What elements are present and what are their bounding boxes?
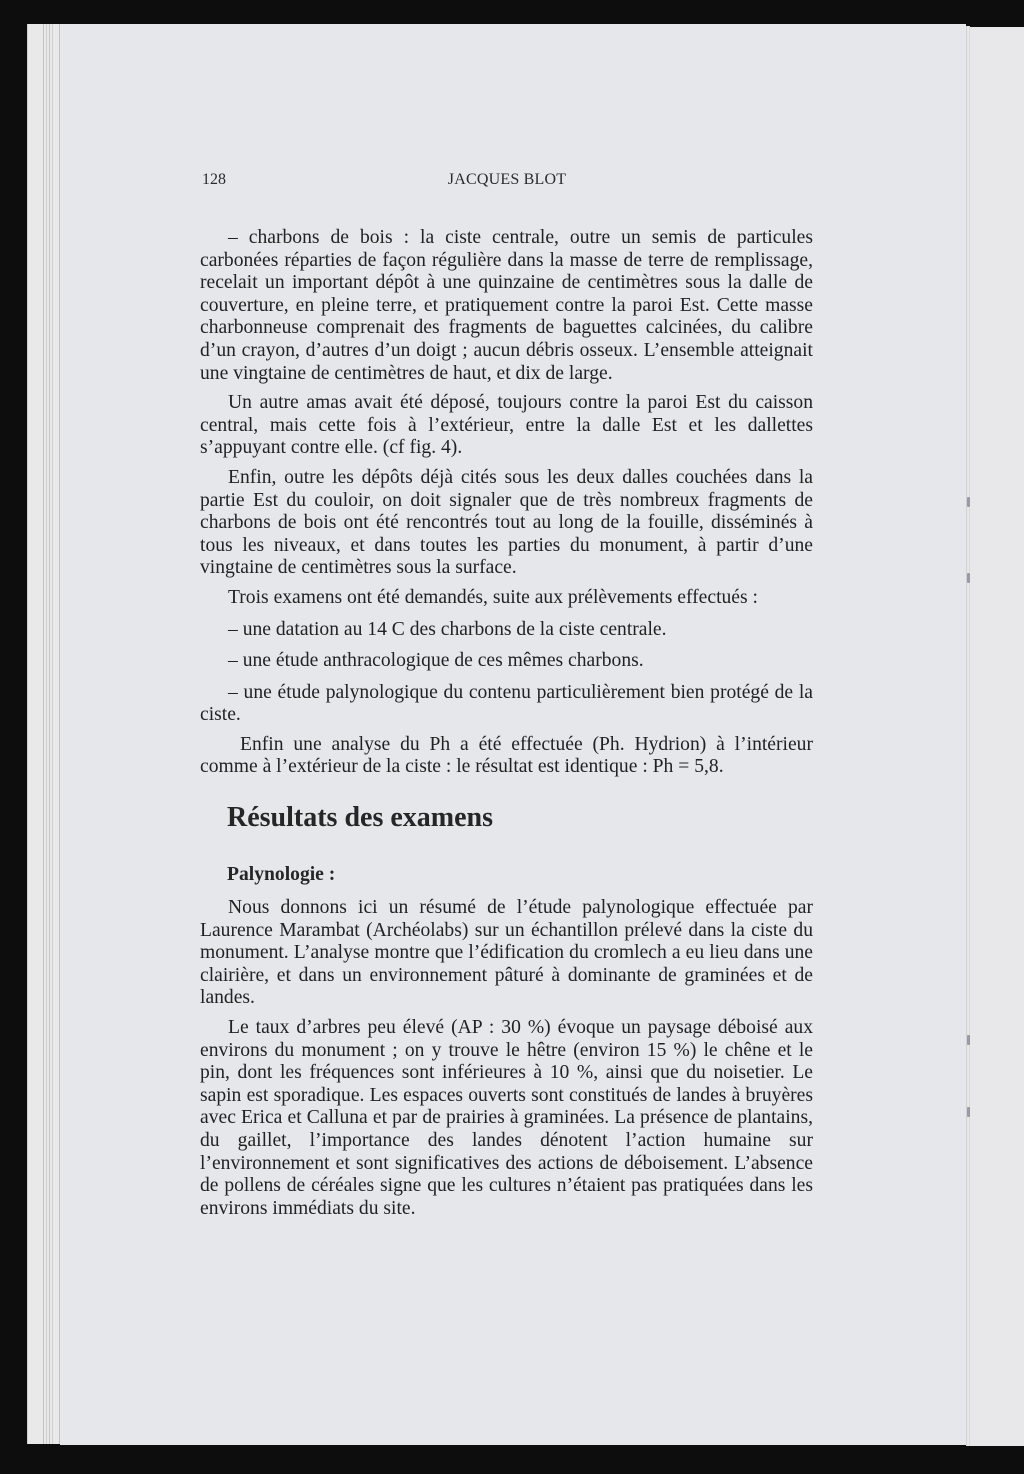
paragraph-taux-arbres: Le taux d’arbres peu élevé (AP : 30 %) é… bbox=[200, 1017, 813, 1220]
paragraph-ph-analyse: Enfin une analyse du Ph a été effectuée … bbox=[200, 734, 813, 779]
body-text: – charbons de bois : la ciste centrale, … bbox=[200, 227, 813, 1227]
facing-page-edge bbox=[970, 27, 1024, 1446]
list-item-palynologique: – une étude palynologique du contenu par… bbox=[200, 682, 813, 727]
binding-stitch bbox=[967, 497, 970, 507]
paragraph-resume-palynologique: Nous donnons ici un résumé de l’étude pa… bbox=[200, 897, 813, 1010]
page-stack-edges bbox=[27, 24, 62, 1444]
list-item-anthracologique: – une étude anthracologique de ces mêmes… bbox=[200, 650, 813, 673]
running-title: JACQUES BLOT bbox=[202, 171, 812, 189]
binding-stitch bbox=[967, 1107, 970, 1117]
running-header: 128 JACQUES BLOT bbox=[202, 171, 812, 193]
paragraph-trois-examens: Trois examens ont été demandés, suite au… bbox=[200, 587, 813, 610]
list-item-datation: – une datation au 14 C des charbons de l… bbox=[200, 619, 813, 642]
paragraph-autre-amas: Un autre amas avait été déposé, toujours… bbox=[200, 392, 813, 460]
section-title: Résultats des examens bbox=[227, 801, 813, 835]
binding-stitch bbox=[967, 1035, 970, 1045]
subsection-title: Palynologie : bbox=[227, 863, 813, 887]
binding-stitch bbox=[967, 573, 970, 583]
paragraph-charbons: – charbons de bois : la ciste centrale, … bbox=[200, 227, 813, 385]
paragraph-enfin-depots: Enfin, outre les dépôts déjà cités sous … bbox=[200, 467, 813, 580]
